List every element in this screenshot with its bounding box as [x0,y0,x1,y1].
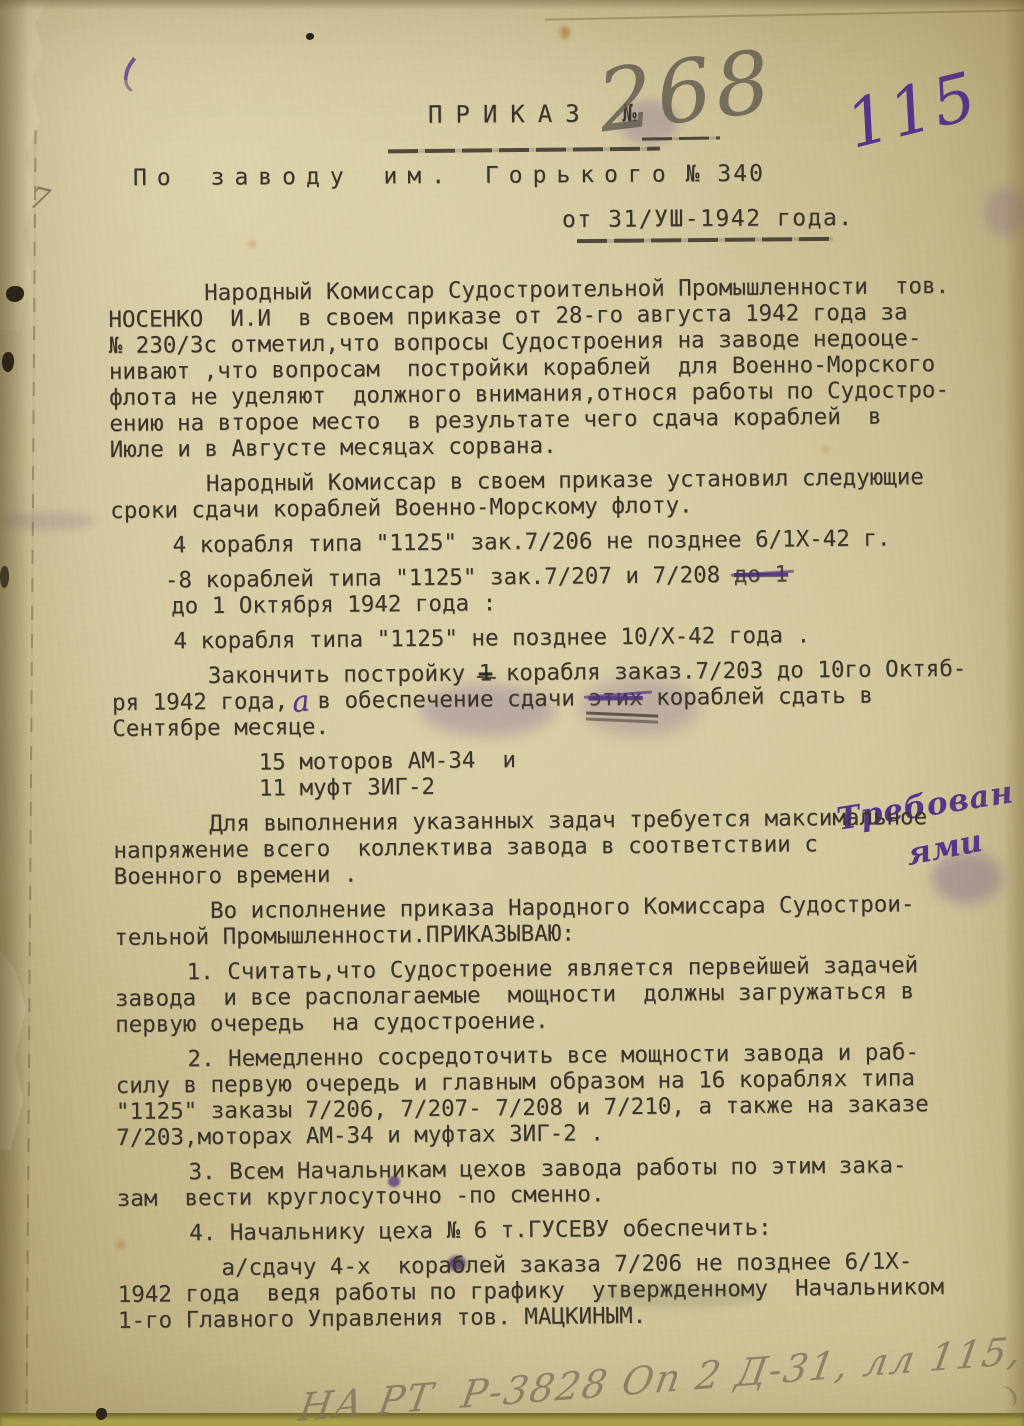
factory-order-number: № 340 [686,161,765,188]
body-text: Закончить постройку [208,660,479,689]
purple-check-mark [115,57,149,92]
deadline-order-7-206: 4 корабля типа "1125" зак.7/206 не поздн… [110,524,996,559]
paragraph-commissar-remark: Народный Комиссар Судостроительной Промы… [108,272,996,462]
body-text: кораблей сдать в [642,683,873,711]
right-edge-shadow [1004,0,1024,1426]
factory-name: По заводу им. Горького [133,161,676,191]
order-item-2: 2. Немедленно сосредоточить все мощности… [115,1038,1002,1151]
struck-out-text: до 1 [734,561,788,588]
body-text: корабля заказ.7/203 до 10го Октяб- [492,656,966,687]
handwritten-page-number: 115 [839,57,986,164]
body-text: ря 1942 года, [112,688,288,716]
rust-stain [560,26,570,39]
order-body: Народный Комиссар Судостроительной Промы… [108,272,1004,1342]
scan-bottom-strip [0,1413,1024,1426]
order-item-1: 1. Считать,что Судостроение является пер… [115,951,1002,1038]
body-text: в обеспечение сдачи [317,685,588,714]
paragraph-maximum-effort: Для выполнения указанных задач требуется… [113,803,1000,890]
deadline-text: -8 кораблей типа "1125" зак.7/207 и 7/20… [165,562,734,593]
handwritten-inserted-letter: а [292,700,309,702]
ink-blot [306,33,314,40]
order-item-3: 3. Всем Начальникам цехов завода работы … [116,1151,1002,1212]
paragraph-order-7-203: Закончить постройку 1 корабля заказ.7/20… [112,655,999,742]
rust-stain [248,240,256,248]
struck-out-word: этих [588,685,642,712]
handwritten-order-number: 268 [593,32,780,153]
factory-line: По заводу им. Горького№ 340 [133,161,765,191]
scanned-document: { "document_type": "scanned typewritten … [0,0,1024,1426]
list-motors-couplings: 15 моторов АМ-34 и11 муфт ЗИГ-2 [113,742,999,803]
deadline-orders-7-207-208: -8 кораблей типа "1125" зак.7/207 и 7/20… [111,559,997,620]
order-item-4: 4. Начальнику цеха № 6 т.ГУСЕВУ обеспечи… [117,1212,1003,1247]
struck-out-character: 1 [479,660,493,686]
paragraph-deadlines-intro: Народный Комиссар в своем приказе устано… [110,463,996,524]
deadline-third-batch: 4 корабля типа "1125" не позднее 10/Х-42… [111,620,997,655]
document-page: ПРИКАЗ № По заводу им. Горького№ 340 от … [0,0,1024,1426]
date-underline [577,237,833,243]
paragraph-prikazyvayu: Во исполнение приказа Народного Комиссар… [114,890,1000,951]
order-item-4a: а/сдачу 4-х кораблей заказа 7/206 не поз… [117,1247,1004,1334]
order-date: от 31/УШ-1942 года. [562,205,854,233]
